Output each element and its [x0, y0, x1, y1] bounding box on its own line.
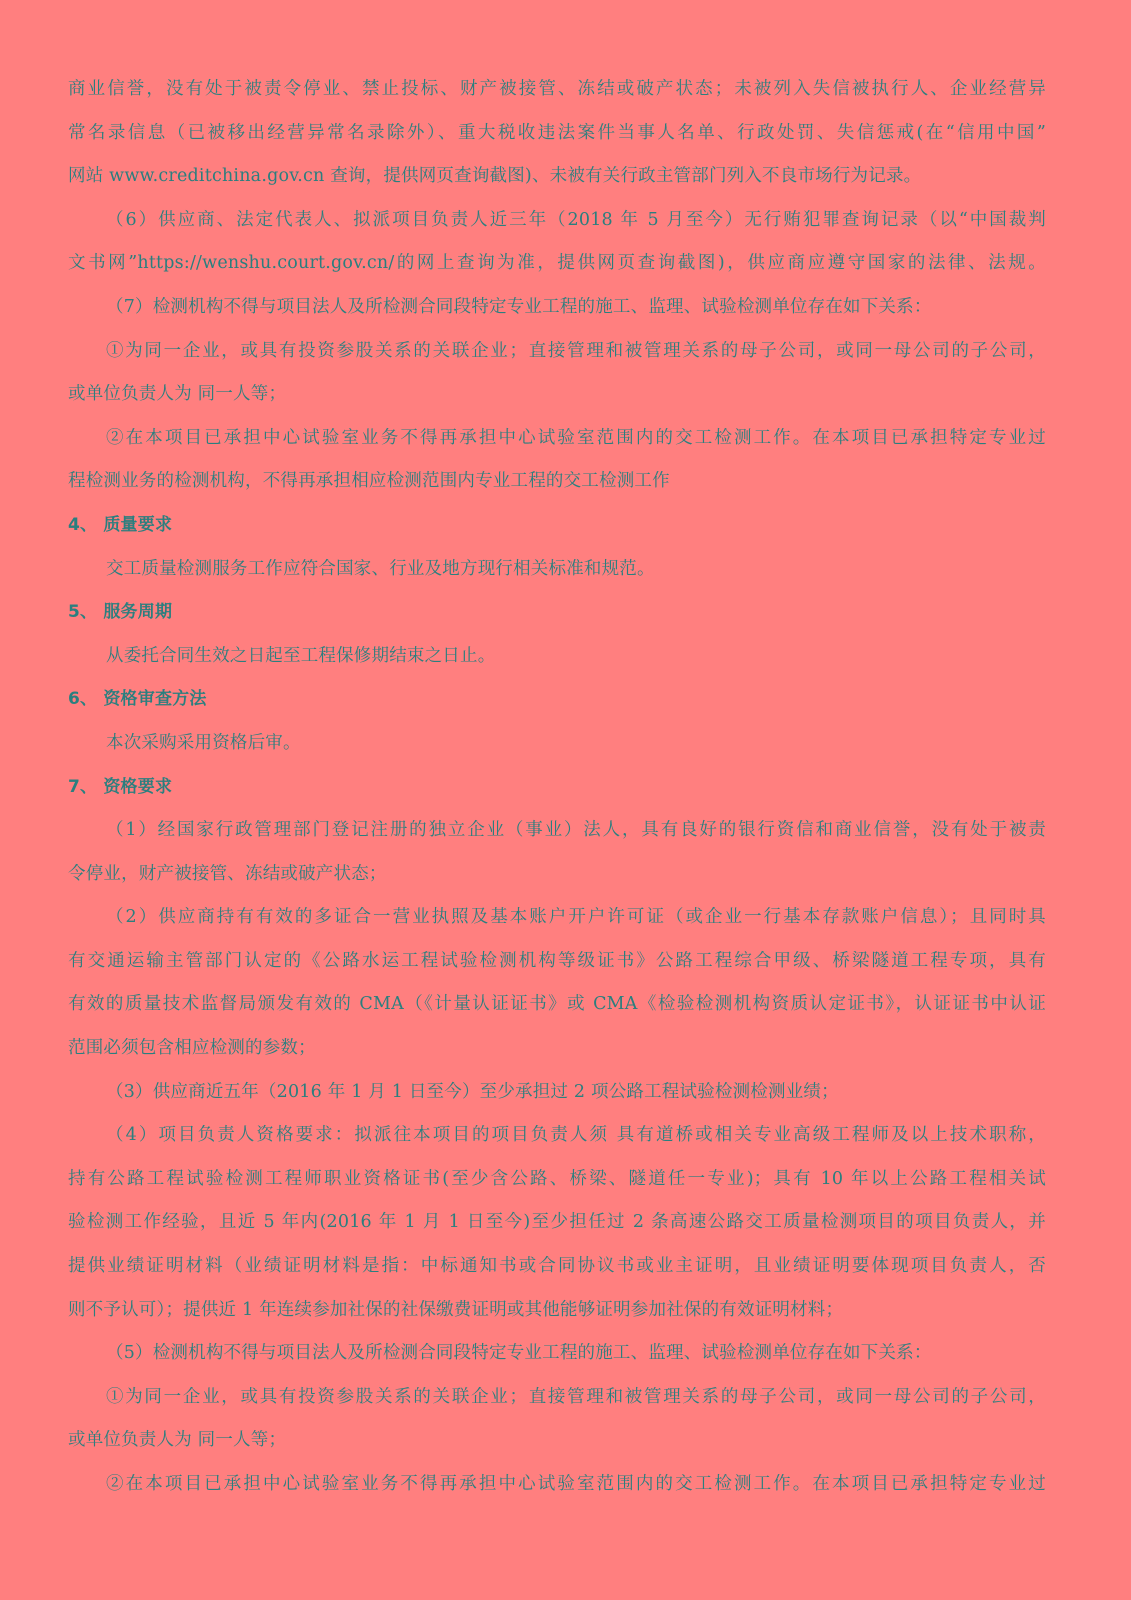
- paragraph-line: 程检测业务的检测机构，不得再承担相应检测范围内专业工程的交工检测工作: [68, 460, 1046, 504]
- paragraph-line: 或单位负责人为 同一人等；: [68, 1419, 1046, 1463]
- paragraph-line: ①为同一企业，或具有投资参股关系的关联企业；直接管理和被管理关系的母子公司，或同…: [68, 1376, 1046, 1420]
- paragraph-line: 交工质量检测服务工作应符合国家、行业及地方现行相关标准和规范。: [68, 548, 1046, 592]
- paragraph-line: 有效的质量技术监督局颁发有效的 CMA（《计量认证证书》或 CMA《检验检测机构…: [68, 983, 1046, 1027]
- paragraph-line: 常名录信息（已被移出经营异常名录除外）、重大税收违法案件当事人名单、行政处罚、失…: [68, 112, 1046, 156]
- paragraph-line: 有交通运输主管部门认定的《公路水运工程试验检测机构等级证书》公路工程综合甲级、桥…: [68, 940, 1046, 984]
- paragraph-line: （6）供应商、法定代表人、拟派项目负责人近三年（2018 年 5 月至今）无行贿…: [68, 199, 1046, 243]
- section-heading: 4、 质量要求: [68, 504, 1046, 548]
- section-heading: 6、 资格审查方法: [68, 678, 1046, 722]
- paragraph-line: 验检测工作经验，且近 5 年内(2016 年 1 月 1 日至今)至少担任过 2…: [68, 1201, 1046, 1245]
- paragraph-line: （2）供应商持有有效的多证合一营业执照及基本账户开户许可证（或企业一行基本存款账…: [68, 896, 1046, 940]
- paragraph-line: 令停业，财产被接管、冻结或破产状态；: [68, 853, 1046, 897]
- paragraph-line: 则不予认可）；提供近 1 年连续参加社保的社保缴费证明或其他能够证明参加社保的有…: [68, 1289, 1046, 1333]
- paragraph-line: 网站 www.creditchina.gov.cn 查询，提供网页查询截图)、未…: [68, 155, 1046, 199]
- section-heading: 5、 服务周期: [68, 591, 1046, 635]
- paragraph-line: ②在本项目已承担中心试验室业务不得再承担中心试验室范围内的交工检测工作。在本项目…: [68, 1463, 1046, 1507]
- paragraph-line: 或单位负责人为 同一人等；: [68, 373, 1046, 417]
- paragraph-line: ②在本项目已承担中心试验室业务不得再承担中心试验室范围内的交工检测工作。在本项目…: [68, 417, 1046, 461]
- section-heading: 7、 资格要求: [68, 766, 1046, 810]
- document-page: 商业信誉，没有处于被责令停业、禁止投标、财产被接管、冻结或破产状态；未被列入失信…: [68, 68, 1046, 1507]
- paragraph-line: （4）项目负责人资格要求：拟派往本项目的项目负责人须 具有道桥或相关专业高级工程…: [68, 1114, 1046, 1158]
- paragraph-line: 提供业绩证明材料（业绩证明材料是指：中标通知书或合同协议书或业主证明，且业绩证明…: [68, 1245, 1046, 1289]
- paragraph-line: ①为同一企业，或具有投资参股关系的关联企业；直接管理和被管理关系的母子公司，或同…: [68, 330, 1046, 374]
- paragraph-line: 文书网”https://wenshu.court.gov.cn/的网上查询为准，…: [68, 242, 1046, 286]
- paragraph-line: 范围必须包含相应检测的参数；: [68, 1027, 1046, 1071]
- paragraph-line: 商业信誉，没有处于被责令停业、禁止投标、财产被接管、冻结或破产状态；未被列入失信…: [68, 68, 1046, 112]
- paragraph-line: 本次采购采用资格后审。: [68, 722, 1046, 766]
- paragraph-line: （5）检测机构不得与项目法人及所检测合同段特定专业工程的施工、监理、试验检测单位…: [68, 1332, 1046, 1376]
- paragraph-line: 持有公路工程试验检测工程师职业资格证书(至少含公路、桥梁、隧道任一专业)；具有 …: [68, 1158, 1046, 1202]
- paragraph-line: 从委托合同生效之日起至工程保修期结束之日止。: [68, 635, 1046, 679]
- paragraph-line: （3）供应商近五年（2016 年 1 月 1 日至今）至少承担过 2 项公路工程…: [68, 1071, 1046, 1115]
- paragraph-line: （1）经国家行政管理部门登记注册的独立企业（事业）法人，具有良好的银行资信和商业…: [68, 809, 1046, 853]
- paragraph-line: （7）检测机构不得与项目法人及所检测合同段特定专业工程的施工、监理、试验检测单位…: [68, 286, 1046, 330]
